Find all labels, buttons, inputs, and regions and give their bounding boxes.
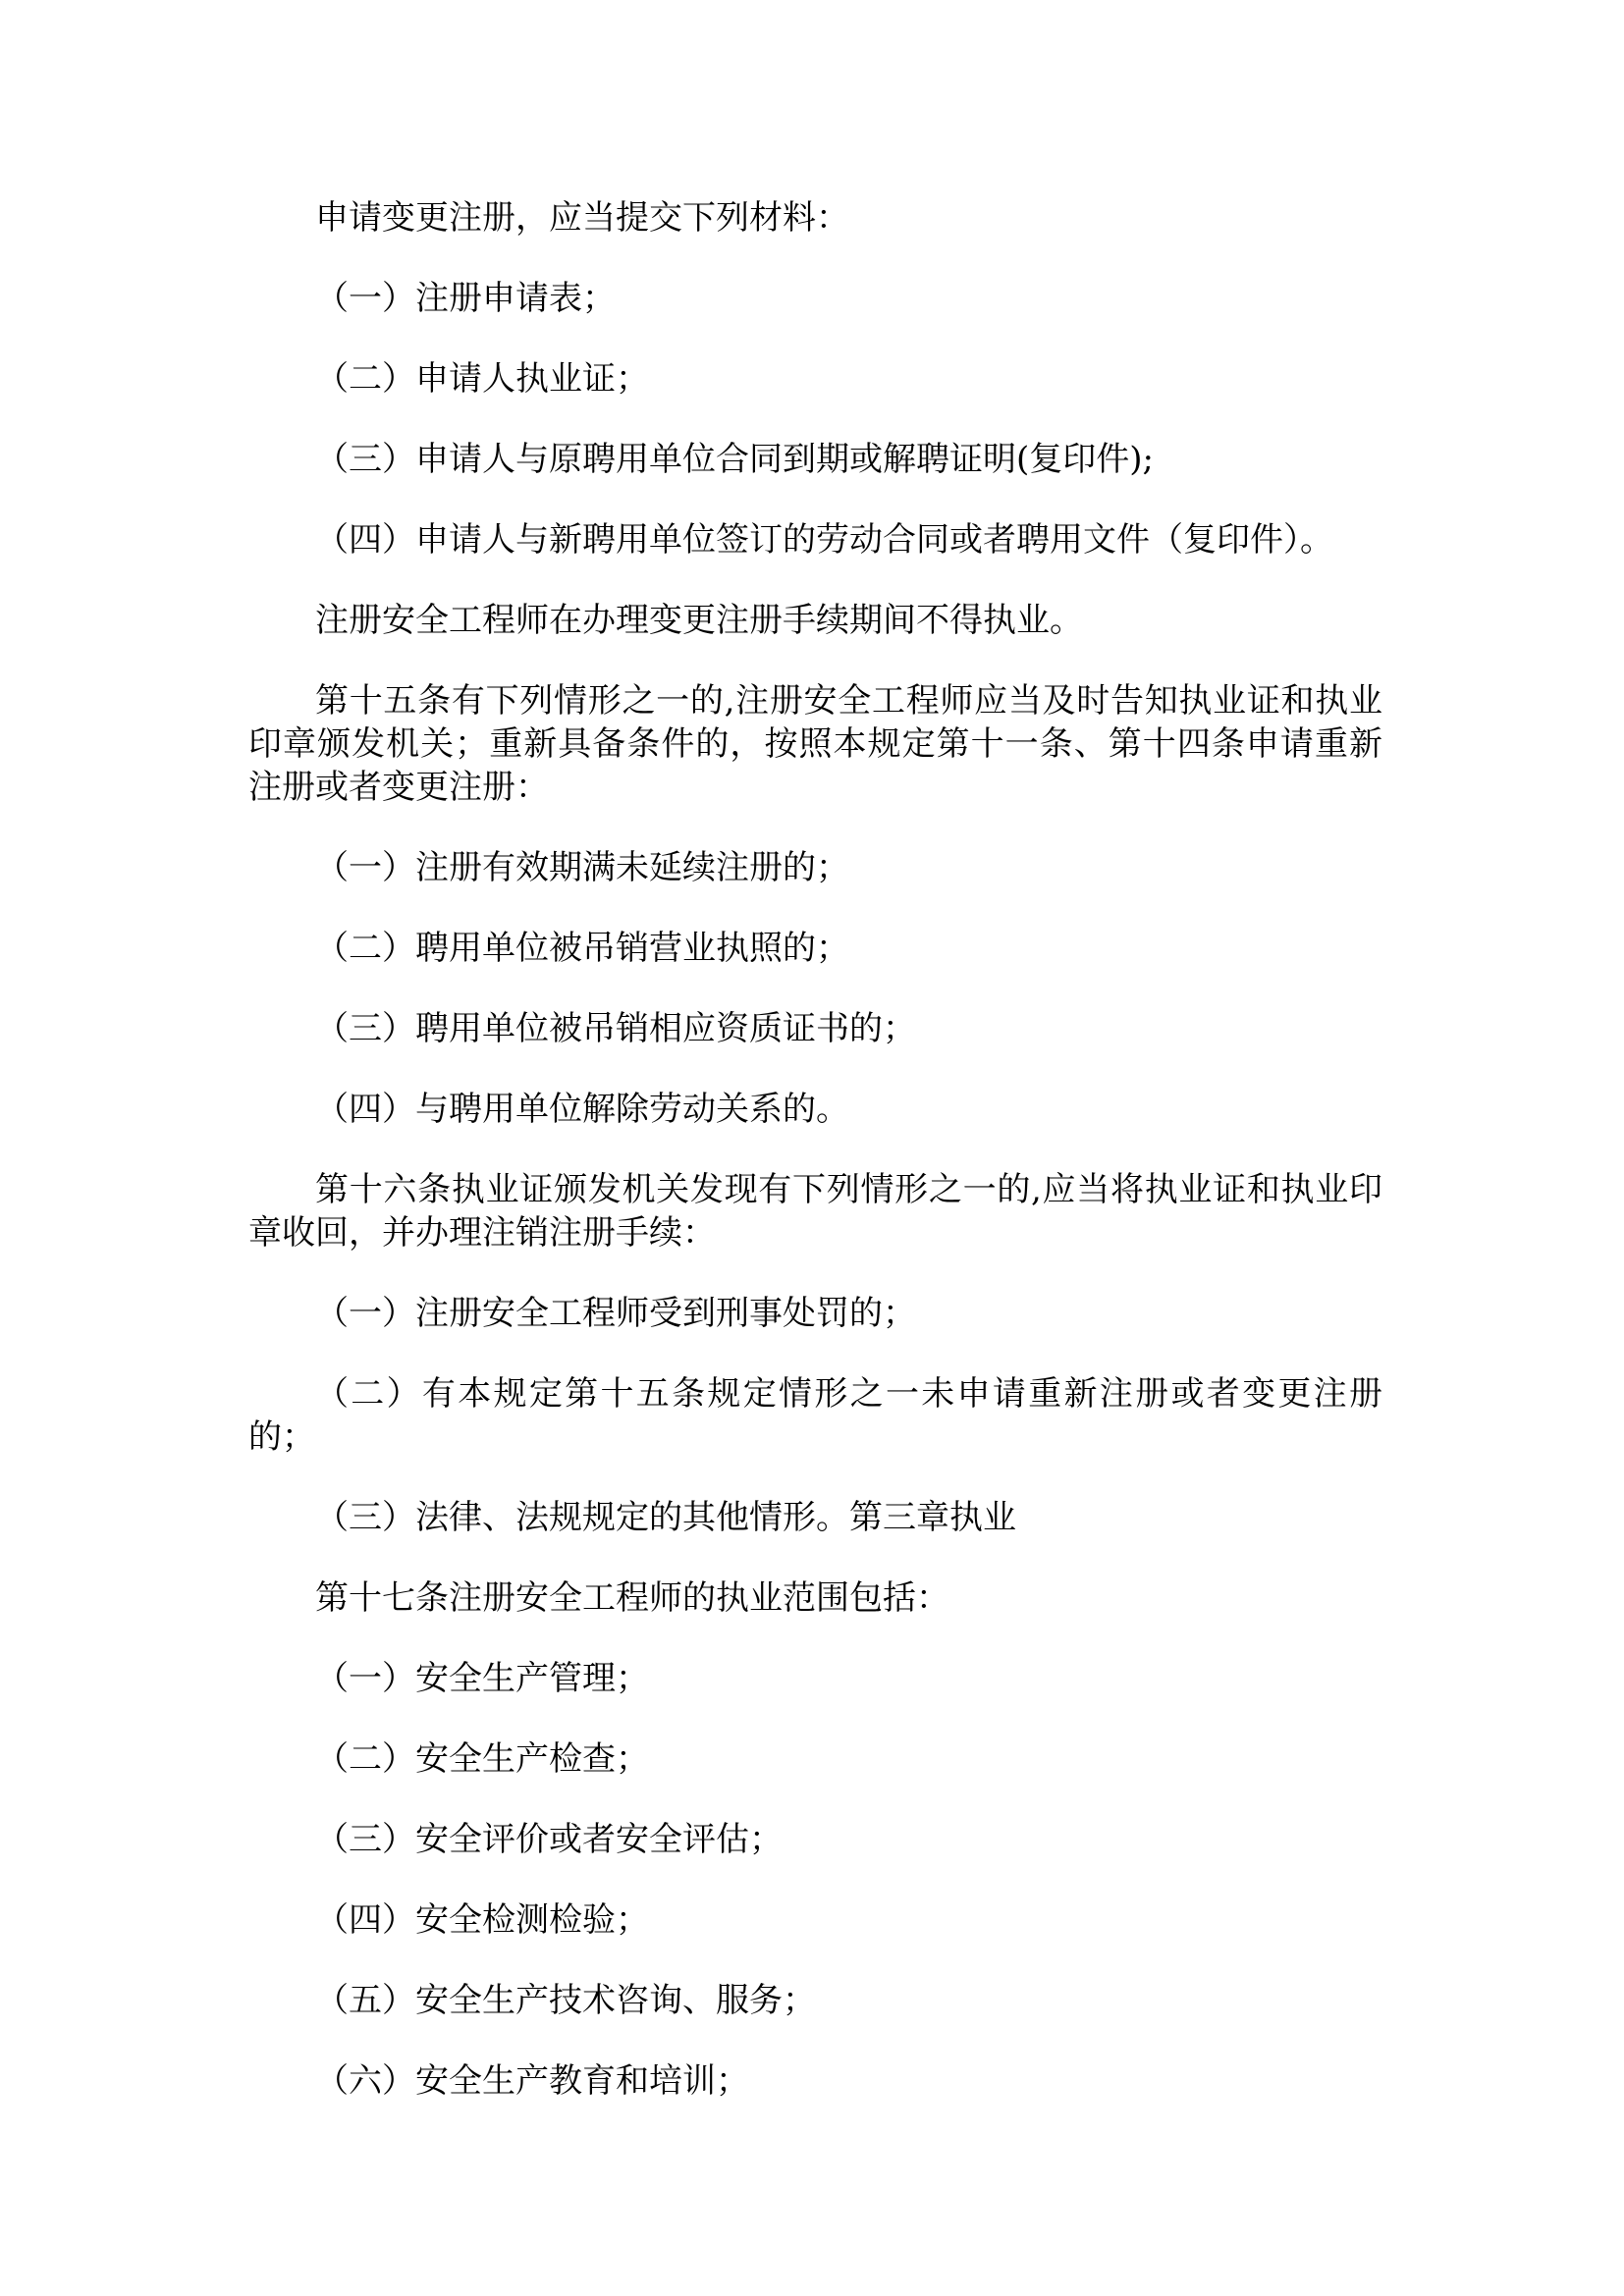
paragraph: （五）安全生产技术咨询、服务； (248, 1979, 1382, 2022)
paragraph: （二）有本规定第十五条规定情形之一未申请重新注册或者变更注册的； (248, 1372, 1382, 1459)
paragraph: （一）安全生产管理； (248, 1657, 1382, 1700)
paragraph: （四）与聘用单位解除劳动关系的。 (248, 1088, 1382, 1131)
paragraph: 第十六条执业证颁发机关发现有下列情形之一的,应当将执业证和执业印章收回，并办理注… (248, 1168, 1382, 1255)
paragraph: （二）安全生产检查； (248, 1737, 1382, 1781)
paragraph: （一）注册有效期满未延续注册的； (248, 846, 1382, 889)
paragraph: 申请变更注册，应当提交下列材料： (248, 196, 1382, 240)
paragraph: （三）聘用单位被吊销相应资质证书的； (248, 1007, 1382, 1050)
paragraph: （一）注册申请表； (248, 277, 1382, 320)
paragraph: （三）申请人与原聘用单位合同到期或解聘证明(复印件); (248, 438, 1382, 481)
paragraph: （四）安全检测检验； (248, 1898, 1382, 1942)
paragraph: （六）安全生产教育和培训； (248, 2059, 1382, 2103)
paragraph: 第十七条注册安全工程师的执业范围包括： (248, 1576, 1382, 1620)
paragraph: （一）注册安全工程师受到刑事处罚的； (248, 1292, 1382, 1335)
document-body: 申请变更注册，应当提交下列材料：（一）注册申请表；（二）申请人执业证；（三）申请… (248, 196, 1382, 2103)
paragraph: （三）安全评价或者安全评估； (248, 1818, 1382, 1861)
paragraph: （三）法律、法规规定的其他情形。第三章执业 (248, 1496, 1382, 1539)
paragraph: （四）申请人与新聘用单位签订的劳动合同或者聘用文件（复印件）。 (248, 518, 1382, 561)
paragraph: （二）聘用单位被吊销营业执照的； (248, 927, 1382, 970)
paragraph: （二）申请人执业证； (248, 357, 1382, 400)
document-page: 申请变更注册，应当提交下列材料：（一）注册申请表；（二）申请人执业证；（三）申请… (0, 0, 1624, 2296)
paragraph: 注册安全工程师在办理变更注册手续期间不得执业。 (248, 599, 1382, 642)
paragraph: 第十五条有下列情形之一的,注册安全工程师应当及时告知执业证和执业印章颁发机关；重… (248, 679, 1382, 809)
